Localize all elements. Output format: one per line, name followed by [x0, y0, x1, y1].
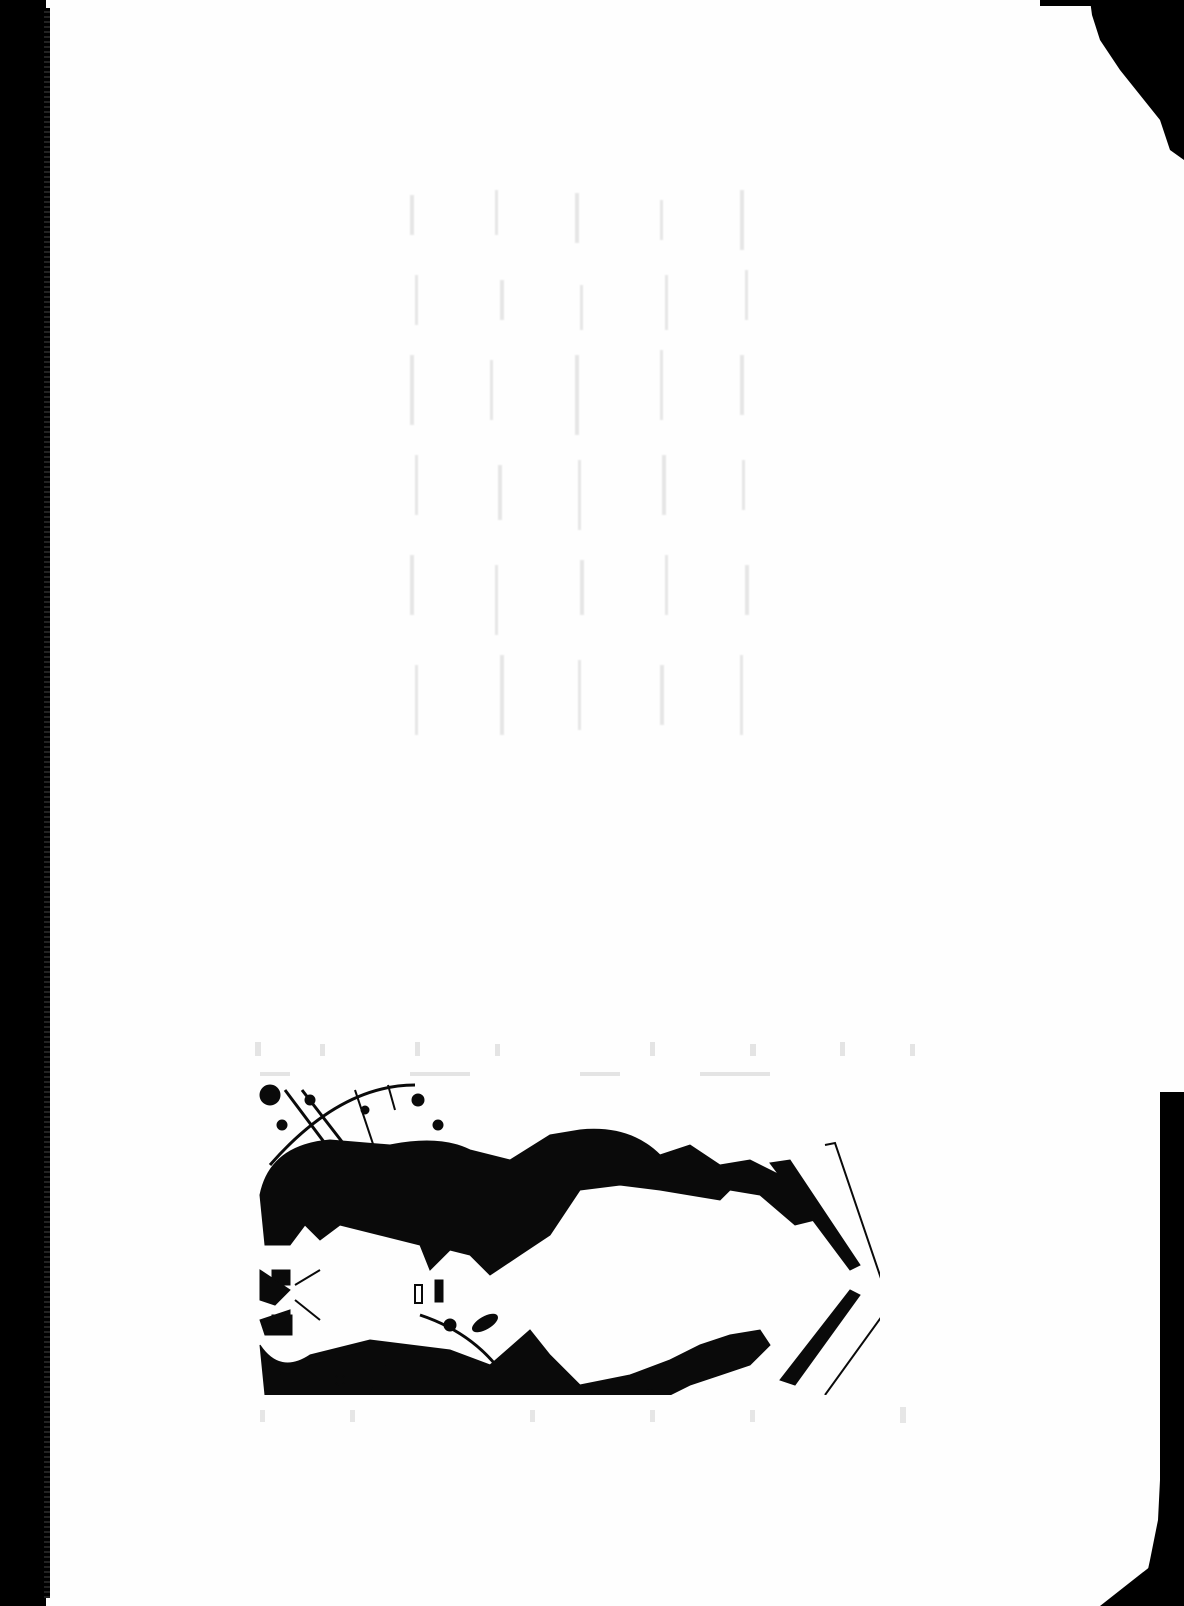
bleed-through-marks: [410, 185, 760, 750]
abstract-silhouette-figure: [250, 1075, 880, 1395]
scanner-top-line-right: [1040, 0, 1150, 6]
scanned-page: [0, 0, 1184, 1606]
caption-marks-below: [250, 1405, 930, 1435]
bleed-through-text-block: [410, 185, 760, 750]
scanner-top-line-left: [0, 8, 50, 11]
scanner-border-left-edge: [44, 8, 50, 1598]
scanner-border-left: [0, 0, 46, 1606]
